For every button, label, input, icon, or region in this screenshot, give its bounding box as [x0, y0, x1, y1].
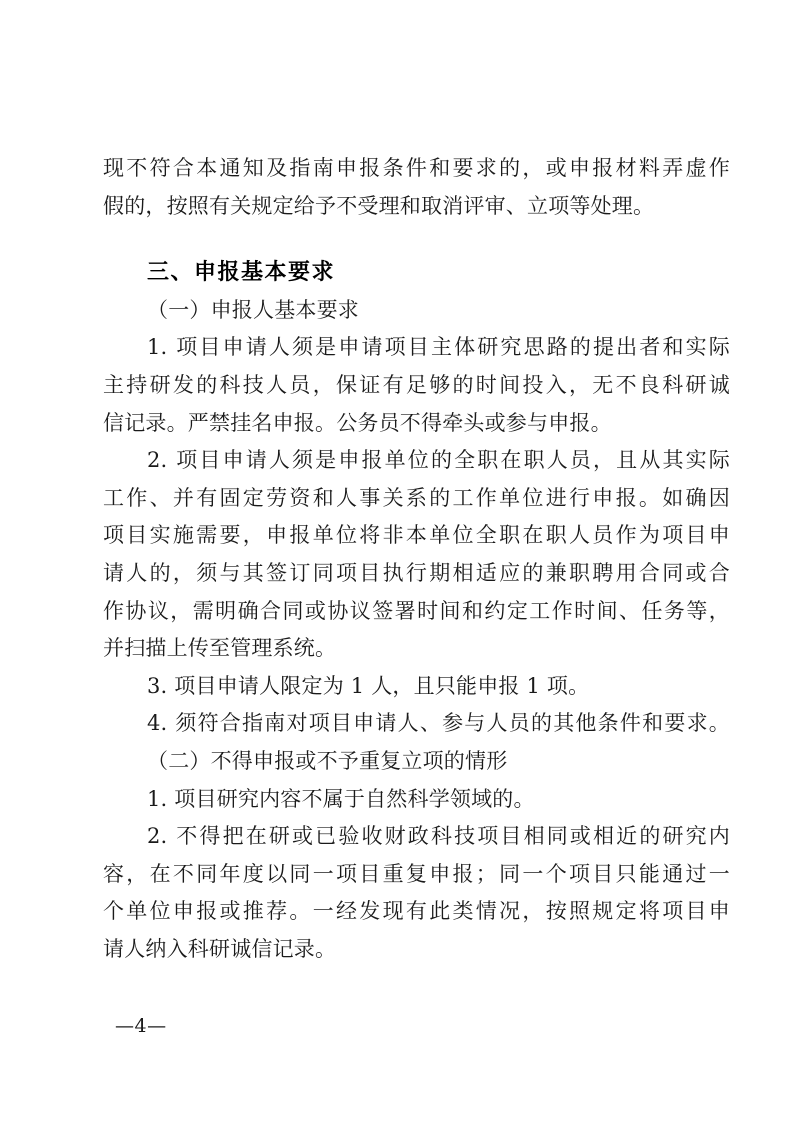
paragraph-line: 1. 项目研究内容不属于自然科学领域的。	[103, 781, 730, 819]
paragraph-line: 2. 不得把在研或已验收财政科技项目相同或相近的研究内	[103, 818, 730, 856]
paragraph-line: 请人纳入科研诚信记录。	[103, 931, 730, 969]
paragraph-line: 1. 项目申请人须是申请项目主体研究思路的提出者和实际	[103, 329, 730, 367]
section-heading: 三、申报基本要求	[103, 254, 730, 292]
paragraph-line: 作协议，需明确合同或协议签署时间和约定工作时间、任务等，	[103, 593, 730, 631]
paragraph-line: 3. 项目申请人限定为 1 人，且只能申报 1 项。	[103, 668, 730, 706]
paragraph-line: 信记录。严禁挂名申报。公务员不得牵头或参与申报。	[103, 405, 730, 443]
subsection-heading: （二）不得申报或不予重复立项的情形	[103, 743, 730, 781]
document-page: 现不符合本通知及指南申报条件和要求的，或申报材料弄虚作 假的，按照有关规定给予不…	[0, 0, 793, 1122]
paragraph-line: 并扫描上传至管理系统。	[103, 630, 730, 668]
paragraph-line: 项目实施需要，申报单位将非本单位全职在职人员作为项目申	[103, 517, 730, 555]
document-body: 现不符合本通知及指南申报条件和要求的，或申报材料弄虚作 假的，按照有关规定给予不…	[103, 150, 730, 968]
paragraph-line: 4. 须符合指南对项目申请人、参与人员的其他条件和要求。	[103, 705, 730, 743]
subsection-heading: （一）申报人基本要求	[103, 292, 730, 330]
paragraph-line: 请人的，须与其签订同项目执行期相适应的兼职聘用合同或合	[103, 555, 730, 593]
paragraph-line: 主持研发的科技人员，保证有足够的时间投入，无不良科研诚	[103, 367, 730, 405]
paragraph-line: 工作、并有固定劳资和人事关系的工作单位进行申报。如确因	[103, 480, 730, 518]
page-number: —4—	[115, 1013, 167, 1039]
paragraph-line: 现不符合本通知及指南申报条件和要求的，或申报材料弄虚作	[103, 150, 730, 188]
paragraph-line: 容，在不同年度以同一项目重复申报；同一个项目只能通过一	[103, 856, 730, 894]
paragraph-line: 2. 项目申请人须是申报单位的全职在职人员，且从其实际	[103, 442, 730, 480]
paragraph-line: 假的，按照有关规定给予不受理和取消评审、立项等处理。	[103, 188, 730, 226]
paragraph-line: 个单位申报或推荐。一经发现有此类情况，按照规定将项目申	[103, 893, 730, 931]
